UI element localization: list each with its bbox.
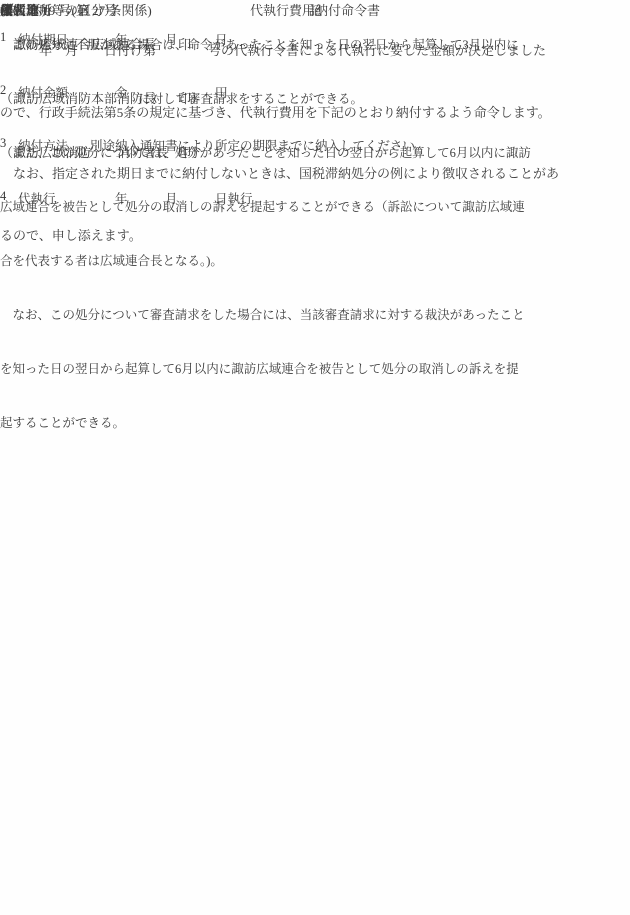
notice-line: なお、この処分について審査請求をした場合には、当該審査請求に対する裁決があったこ…	[0, 306, 531, 324]
notice-line: 広域連合を被告として処分の取消しの訴えを提起することができる（訴訟について諏訪広…	[0, 198, 531, 216]
notice-line: また、この処分については、処分があったことを知った日の翌日から起算して6月以内に…	[0, 144, 531, 162]
notice-line-appeal-blank: に対して審査請求をすることができる。	[0, 90, 531, 108]
document-page: 様式第 19 号(第 27 条関係) 第 号 年 月 日 住所 氏名 様 諏訪広…	[0, 0, 630, 915]
notice-line: 起することができる。	[0, 414, 531, 432]
notice-line: この処分に不服がある場合は、命令があったことを知った日の翌日から起算して3月以内…	[0, 36, 531, 54]
notice-paragraphs: この処分に不服がある場合は、命令があったことを知った日の翌日から起算して3月以内…	[0, 0, 531, 468]
notice-line: 合を代表する者は広域連合長となる。)。	[0, 252, 531, 270]
notice-line: を知った日の翌日から起算して6月以内に諏訪広域連合を被告として処分の取消しの訴え…	[0, 360, 531, 378]
